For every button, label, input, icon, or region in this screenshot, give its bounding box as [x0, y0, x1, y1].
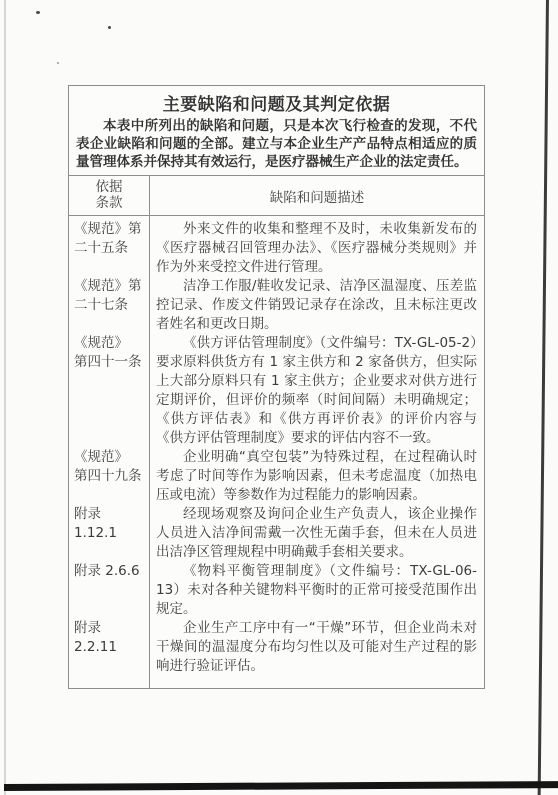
clause-column-header: 依据 条款 — [69, 176, 150, 215]
scan-edge-right-line — [538, 0, 549, 795]
table-row: 附录 1.12.1 经现场观察及询问企业生产负责人，该企业操作人员进入洁净间需戴… — [69, 505, 484, 562]
defect-table: 主要缺陷和问题及其判定依据 本表中所列出的缺陷和问题，只是本次飞行检查的发现，不… — [68, 85, 485, 689]
table-intro-paragraph: 本表中所列出的缺陷和问题，只是本次飞行检查的发现，不代表企业缺陷和问题的全部。建… — [69, 116, 484, 176]
table-body: 《规范》第 二十五条 外来文件的收集和整理不及时，未收集新发布的《医疗器械召回管… — [69, 216, 484, 688]
scan-edge-left-line — [4, 0, 6, 795]
scan-speck — [36, 11, 40, 14]
clause-cell: 附录 2.2.11 — [69, 619, 150, 688]
table-row: 《规范》 第四十一条 《供方评估管理制度》（文件编号：TX-GL-05-2）要求… — [69, 334, 484, 448]
scan-speck — [57, 62, 59, 64]
description-cell: 外来文件的收集和整理不及时，未收集新发布的《医疗器械召回管理办法》、《医疗器械分… — [150, 216, 484, 277]
table-row: 附录 2.2.11 企业生产工序中有一“干燥”环节，但企业尚未对干燥间的温湿度分… — [69, 619, 484, 688]
table-header-row: 依据 条款 缺陷和问题描述 — [69, 176, 484, 216]
table-row: 《规范》第 二十七条 洁净工作服/鞋收发记录、洁净区温湿度、压差监控记录、作废文… — [69, 277, 484, 334]
description-cell: 洁净工作服/鞋收发记录、洁净区温湿度、压差监控记录、作废文件销毁记录存在涂改，且… — [150, 277, 484, 334]
scanned-document-page: 主要缺陷和问题及其判定依据 本表中所列出的缺陷和问题，只是本次飞行检查的发现，不… — [0, 0, 558, 795]
table-row: 《规范》第 二十五条 外来文件的收集和整理不及时，未收集新发布的《医疗器械召回管… — [69, 216, 484, 277]
clause-cell: 附录 2.6.6 — [69, 562, 150, 619]
clause-cell: 《规范》第 二十七条 — [69, 277, 150, 334]
description-cell: 《供方评估管理制度》（文件编号：TX-GL-05-2）要求原料供货方有 1 家主… — [150, 334, 484, 448]
clause-cell: 《规范》 第四十一条 — [69, 334, 150, 448]
clause-cell: 附录 1.12.1 — [69, 505, 150, 562]
clause-cell: 《规范》第 二十五条 — [69, 216, 150, 277]
clause-cell: 《规范》 第四十九条 — [69, 448, 150, 505]
table-title: 主要缺陷和问题及其判定依据 — [69, 86, 484, 116]
scan-bottom-black-bar — [4, 781, 558, 791]
table-row: 附录 2.6.6 《物料平衡管理制度》（文件编号：TX-GL-06-13）未对各… — [69, 562, 484, 619]
description-cell: 企业生产工序中有一“干燥”环节，但企业尚未对干燥间的温湿度分布均匀性以及可能对生… — [150, 619, 484, 688]
description-cell: 经现场观察及询问企业生产负责人，该企业操作人员进入洁净间需戴一次性无菌手套，但未… — [150, 505, 484, 562]
description-cell: 《物料平衡管理制度》（文件编号：TX-GL-06-13）未对各种关键物料平衡时的… — [150, 562, 484, 619]
description-cell: 企业明确“真空包装”为特殊过程，在过程确认时考虑了时间等作为影响因素，但未考虑温… — [150, 448, 484, 505]
scan-speck — [108, 26, 111, 29]
table-row: 《规范》 第四十九条 企业明确“真空包装”为特殊过程，在过程确认时考虑了时间等作… — [69, 448, 484, 505]
description-column-header: 缺陷和问题描述 — [150, 176, 484, 215]
